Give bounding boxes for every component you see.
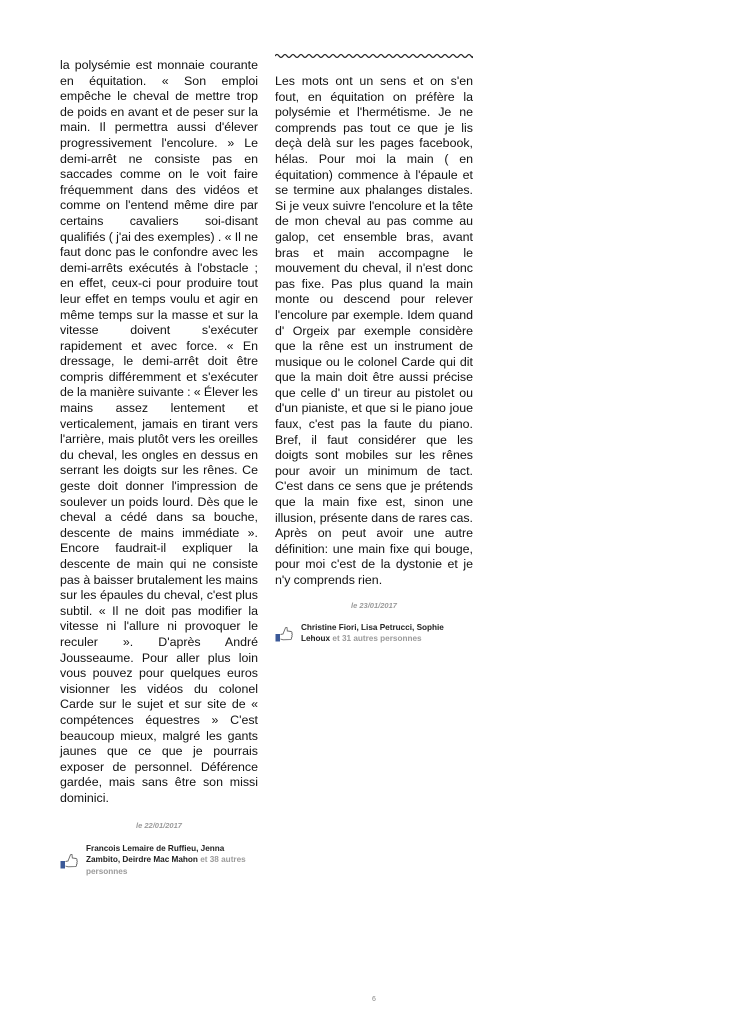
comment-date: le 22/01/2017 [60,821,258,830]
likes-text: Christine Fiori, Lisa Petrucci, Sophie L… [301,622,473,645]
thumbs-up-icon [275,626,295,642]
likes-text: Francois Lemaire de Ruffieu, Jenna Zambi… [86,843,258,878]
left-column: la polysémie est monnaie courante en équ… [60,58,258,877]
page-number: 6 [0,996,748,1003]
thumbs-up-icon [60,853,80,869]
comment-body: Les mots ont un sens et on s'en fout, en… [275,74,473,589]
right-column: Les mots ont un sens et on s'en fout, en… [275,52,473,645]
wavy-divider-icon [275,52,473,60]
comment-date: le 23/01/2017 [275,601,473,610]
comment-body: la polysémie est monnaie courante en équ… [60,58,258,807]
likes-summary[interactable]: Christine Fiori, Lisa Petrucci, Sophie L… [275,622,473,645]
document-page: la polysémie est monnaie courante en équ… [0,0,748,1024]
likes-summary[interactable]: Francois Lemaire de Ruffieu, Jenna Zambi… [60,843,258,878]
others-count[interactable]: et 31 autres personnes [330,634,421,643]
